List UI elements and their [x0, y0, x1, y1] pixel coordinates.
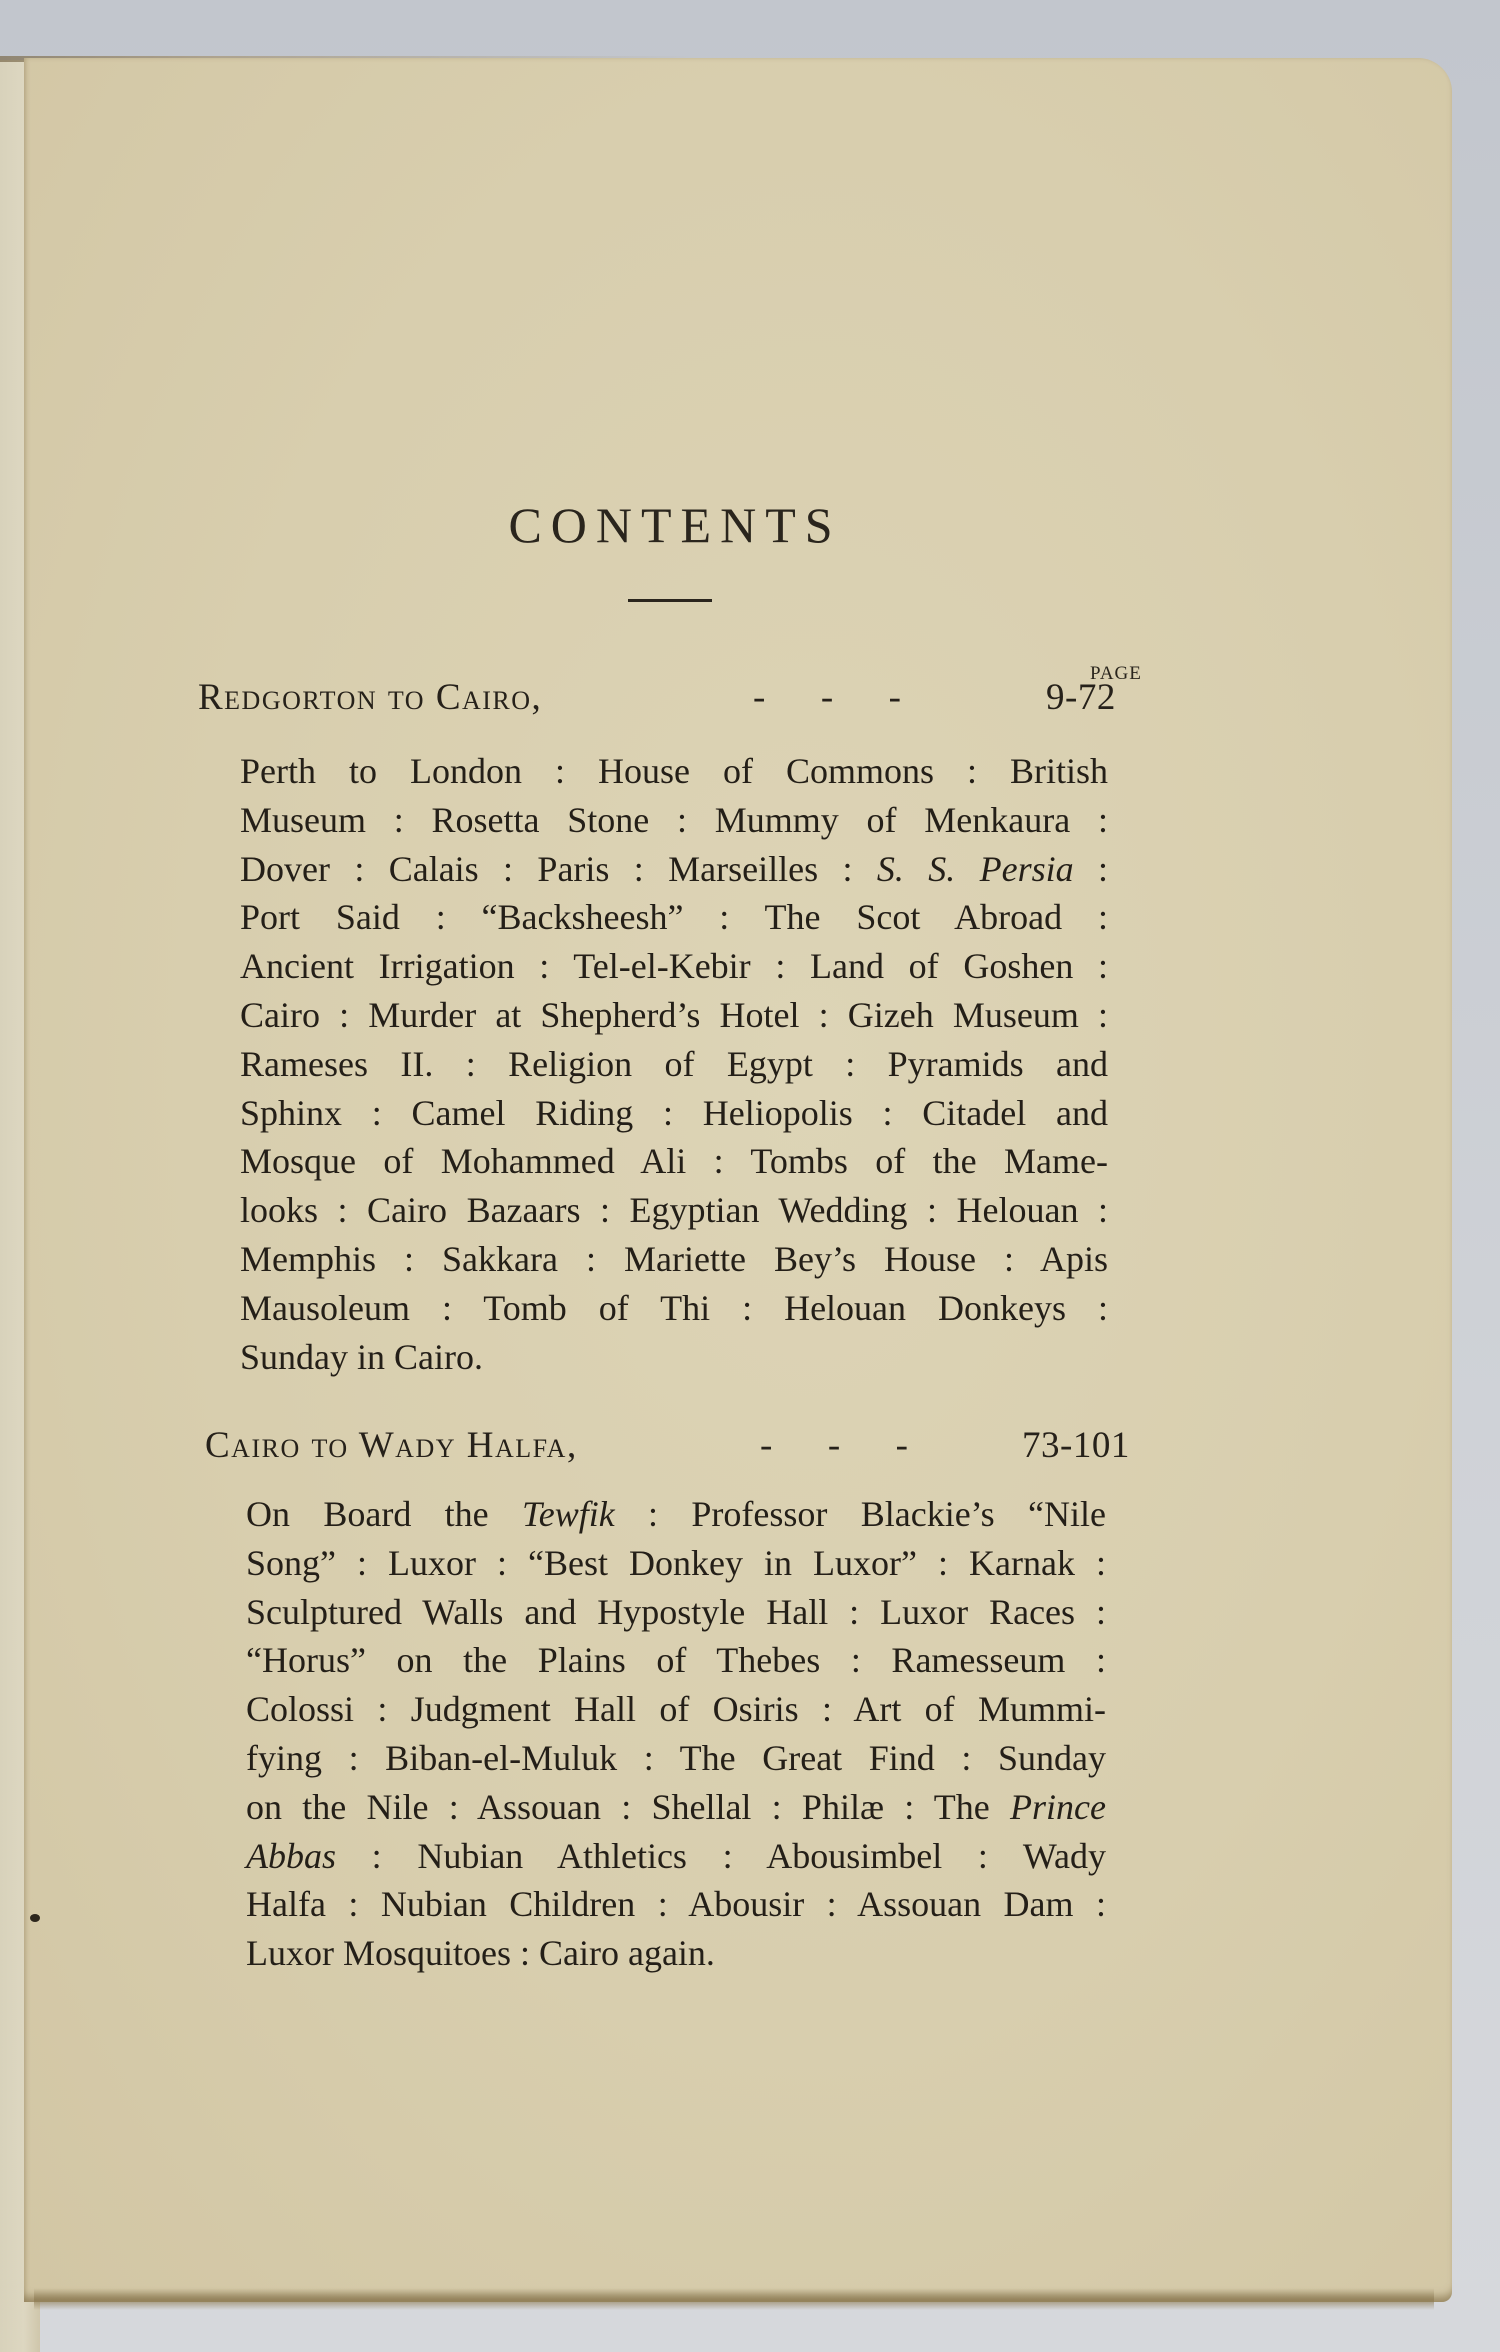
dot-leaders: - - - [753, 676, 901, 719]
page-range: 73-101 [1022, 1424, 1130, 1467]
title-rule-divider [628, 599, 712, 602]
page-title: CONTENTS [0, 496, 1350, 554]
summary-line: Sphinx : Camel Riding : Heliopolis : Cit… [240, 1089, 1108, 1138]
section-heading-1: Redgorton to Cairo, - - - 9-72 [198, 676, 542, 719]
summary-line: Port Said : “Backsheesh” : The Scot Abro… [240, 893, 1108, 942]
italic-title: Prince [1010, 1787, 1106, 1827]
summary-line: Mosque of Mohammed Ali : Tombs of the Ma… [240, 1137, 1108, 1186]
summary-line: Sculptured Walls and Hypostyle Hall : Lu… [246, 1588, 1106, 1637]
summary-line: Abbas : Nubian Athletics : Abousimbel : … [246, 1832, 1106, 1881]
italic-title: S. S. Persia [877, 849, 1074, 889]
italic-title: Abbas [246, 1836, 336, 1876]
summary-line: Colossi : Judgment Hall of Osiris : Art … [246, 1685, 1106, 1734]
section-heading-2: Cairo to Wady Halfa, - - - 73-101 [205, 1424, 578, 1467]
summary-line: Cairo : Murder at Shepherd’s Hotel : Giz… [240, 991, 1108, 1040]
summary-line: Memphis : Sakkara : Mariette Bey’s House… [240, 1235, 1108, 1284]
section-summary-2: On Board the Tewfik : Professor Blackie’… [246, 1490, 1106, 1978]
summary-line: Perth to London : House of Commons : Bri… [240, 747, 1108, 796]
summary-line: Halfa : Nubian Children : Abousir : Asso… [246, 1880, 1106, 1929]
summary-line: on the Nile : Assouan : Shellal : Philæ … [246, 1783, 1106, 1832]
summary-line: Ancient Irrigation : Tel-el-Kebir : Land… [240, 942, 1108, 991]
summary-line: Mausoleum : Tomb of Thi : Helouan Donkey… [240, 1284, 1108, 1333]
paper-speck [30, 1914, 40, 1922]
section-summary-1: Perth to London : House of Commons : Bri… [240, 747, 1108, 1381]
summary-line: Sunday in Cairo. [240, 1333, 1108, 1382]
summary-line: Dover : Calais : Paris : Marseilles : S.… [240, 845, 1108, 894]
section-title: Cairo to Wady Halfa, [205, 1425, 578, 1466]
dot-leaders: - - - [760, 1424, 908, 1467]
summary-line: Rameses II. : Religion of Egypt : Pyrami… [240, 1040, 1108, 1089]
summary-line: fying : Biban-el-Muluk : The Great Find … [246, 1734, 1106, 1783]
page-range: 9-72 [1046, 676, 1116, 719]
summary-line: On Board the Tewfik : Professor Blackie’… [246, 1490, 1106, 1539]
italic-title: Tewfik [522, 1494, 615, 1534]
section-title: Redgorton to Cairo, [198, 677, 542, 718]
summary-line: Song” : Luxor : “Best Donkey in Luxor” :… [246, 1539, 1106, 1588]
summary-line: Luxor Mosquitoes : Cairo again. [246, 1929, 1106, 1978]
summary-line: looks : Cairo Bazaars : Egyptian Wedding… [240, 1186, 1108, 1235]
summary-line: Museum : Rosetta Stone : Mummy of Menkau… [240, 796, 1108, 845]
summary-line: “Horus” on the Plains of Thebes : Ramess… [246, 1636, 1106, 1685]
page-bottom-edge [34, 2288, 1434, 2310]
